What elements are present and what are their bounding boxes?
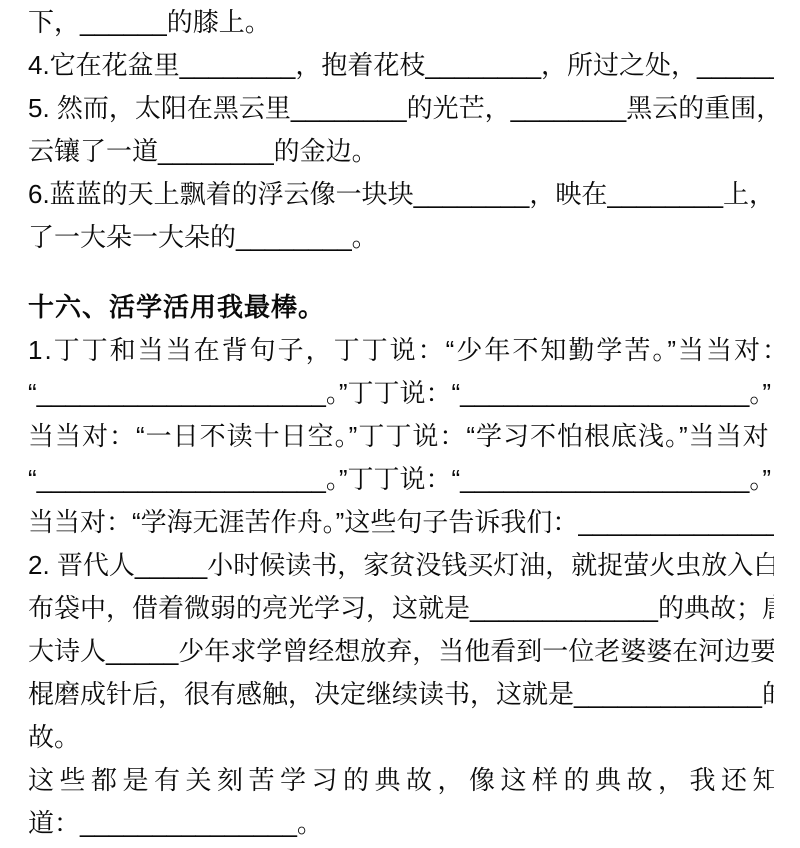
- fill-blank-line: 4.它在花盆里________，抱着花枝________，所过之处，______…: [28, 44, 774, 87]
- fill-blank-line: 下，______的膝上。: [28, 1, 774, 44]
- exercise-line: 这些都是有关刻苦学习的典故，像这样的典故，我还知: [28, 759, 774, 802]
- exercise-line: “____________________。”丁丁说：“____________…: [28, 372, 774, 415]
- exercise-line: “____________________。”丁丁说：“____________…: [28, 458, 774, 501]
- fill-blank-line: 了一大朵一大朵的________。: [28, 216, 774, 259]
- exercise-line: 布袋中，借着微弱的亮光学习，这就是_____________的典故；唐代: [28, 587, 774, 630]
- exercise-line: 1.丁丁和当当在背句子，丁丁说：“少年不知勤学苦。”当当对：: [28, 329, 774, 372]
- exercise-line: 道：_______________。: [28, 802, 774, 845]
- worksheet-page: 下，______的膝上。 4.它在花盆里________，抱着花枝_______…: [28, 1, 774, 845]
- exercise-line: 当当对：“一日不读十日空。”丁丁说：“学习不怕根底浅。”当当对：: [28, 415, 774, 458]
- exercise-line: 大诗人_____少年求学曾经想放弃，当他看到一位老婆婆在河边要把铁: [28, 630, 774, 673]
- fill-blank-line: 5. 然而，太阳在黑云里________的光芒，________黑云的重围，替黑: [28, 87, 774, 130]
- exercise-line: 故。: [28, 716, 774, 759]
- fill-blank-line: 6.蓝蓝的天上飘着的浮云像一块块________，映在________上，像开: [28, 173, 774, 216]
- fill-blank-line: 云镶了一道________的金边。: [28, 130, 774, 173]
- exercise-line: 棍磨成针后，很有感触，决定继续读书，这就是_____________的典: [28, 673, 774, 716]
- section-heading: 十六、活学活用我最棒。: [28, 286, 774, 329]
- exercise-line: 2. 晋代人_____小时候读书，家贫没钱买灯油，就捉萤火虫放入白纱: [28, 544, 774, 587]
- exercise-line: 当当对：“学海无涯苦作舟。”这些句子告诉我们：______________。: [28, 501, 774, 544]
